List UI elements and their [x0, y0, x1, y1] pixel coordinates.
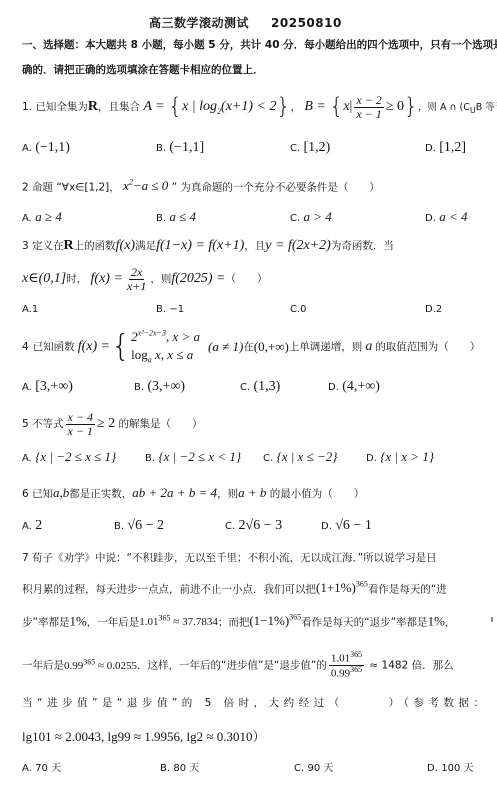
option-label: D. [328, 382, 339, 393]
q3-option-c[interactable]: C.0 [290, 303, 307, 315]
option-label: D. [321, 521, 332, 532]
math-text: (1−1%) [249, 613, 289, 628]
math-var: a [365, 339, 372, 355]
q7-option-d[interactable]: D. 100 天 [427, 759, 474, 774]
stem-text: ，且集合 [98, 101, 140, 113]
math-vars: a,b [53, 485, 69, 500]
stem-text: 满足 [135, 240, 156, 252]
question-7-line5: 当“进步值”是“退步值”的 5 倍时，大约经过（ ）（参考数据： [22, 695, 488, 710]
stem-text: 定义在 [32, 240, 64, 252]
option-label: A. [22, 763, 32, 774]
option-label: B. [156, 213, 166, 224]
option-label: C. [290, 213, 300, 224]
q4-option-c[interactable]: C. (1,3) [240, 379, 280, 395]
den-base: 0.99 [331, 668, 350, 680]
q7-option-b[interactable]: B. 80 天 [160, 759, 199, 774]
option-value: 0 [300, 304, 306, 315]
math-expr: (1+1%)365 [316, 580, 368, 595]
option-value: 2 [35, 518, 42, 533]
q4-option-d[interactable]: D. (4,+∞) [328, 379, 380, 395]
fraction-numerator: 1.01365 [329, 651, 364, 666]
answer-blank: （ ） [226, 273, 268, 285]
option-value: 100 天 [441, 763, 473, 774]
stem-text: 的取值范围为（ ） [375, 339, 480, 354]
option-value: [1,2) [304, 140, 331, 155]
stem-text: 都是正实数， [69, 488, 132, 500]
piecewise-cases: 2x²−2x−3, x > a loga x, x ≤ a [131, 328, 200, 366]
question-6-stem: 6 已知a,b都是正实数，ab + 2a + b = 4，则a + b 的最小值… [22, 485, 364, 501]
q1-option-b[interactable]: B. (−1,1] [156, 140, 204, 156]
fraction-denominator: x+1 [125, 280, 148, 293]
option-label: B. [156, 143, 166, 154]
math-approx: ≈ 0.0255 [95, 660, 137, 672]
set-b-fraction: x − 2x − 1 [354, 94, 383, 120]
option-label: B. [156, 304, 166, 315]
question-4-stem: 4 已知函数 f(x) = { 2x²−2x−3, x > a loga x, … [22, 328, 480, 366]
stem-text: ，则 [150, 273, 171, 285]
q7-option-c[interactable]: C. 90 天 [294, 759, 333, 774]
q4-option-b[interactable]: B. (3,+∞) [134, 379, 185, 395]
set-b-label: B = [304, 99, 329, 114]
option-value: {x | x ≤ −2} [277, 449, 338, 464]
num-base: 1.01 [331, 653, 350, 665]
fraction-numerator: x − 2 [354, 94, 383, 108]
fraction-numerator: x − 4 [66, 411, 95, 425]
set-a-text: x | log [182, 99, 217, 114]
brace-open: { [329, 95, 343, 120]
math-text: 1.01 [139, 616, 158, 628]
piecewise-brace: { [111, 329, 130, 364]
math-fx: f(x) = [91, 271, 123, 286]
q2-option-b[interactable]: B. a ≤ 4 [156, 209, 196, 225]
question-3-stem-line1: 3 定义在R上的函数f(x)满足f(1−x) = f(x+1)，且y = f(2… [22, 238, 394, 254]
stem-text: 荀子《劝学》中说：“不积跬步，无以至千里；不积小流，无以成江海．”所以说学习是日 [32, 552, 437, 564]
q6-option-a[interactable]: A. 2 [22, 518, 42, 534]
question-7-reference-data: lg101 ≈ 2.0043, lg99 ≈ 1.9956, lg2 ≈ 0.3… [22, 726, 266, 745]
q6-option-b[interactable]: B. √6 − 2 [114, 518, 164, 534]
option-label: C. [240, 382, 250, 393]
q5-option-d[interactable]: D. {x | x > 1} [366, 449, 434, 465]
math-f2025: f(2025) = [171, 271, 225, 286]
math-percent: 1% [69, 613, 86, 628]
option-label: C. [263, 453, 273, 464]
exponent: 365 [83, 657, 95, 666]
option-value: √6 − 2 [127, 518, 164, 533]
stem-text: ，一年后是 [87, 616, 140, 628]
option-value: a > 4 [304, 209, 332, 224]
stem-text: 的最小值为（ ） [270, 488, 365, 500]
question-number: 5 [22, 418, 29, 430]
q2-option-c[interactable]: C. a > 4 [290, 209, 332, 225]
question-number: 6 [22, 488, 29, 500]
stem-text: 看作是每天的“进 [368, 583, 447, 595]
question-number: 2 [22, 181, 29, 193]
piece-1: 2x²−2x−3, x > a [131, 328, 200, 346]
stem-text: 为奇函数．当 [331, 240, 394, 252]
stem-text: 已知 [32, 488, 53, 500]
option-value: (4,+∞) [342, 379, 380, 394]
q4-option-a[interactable]: A. [3,+∞) [22, 379, 73, 395]
edge-mark [491, 617, 493, 622]
exponent: 365 [356, 580, 368, 589]
bar: | [350, 99, 353, 114]
math-expr: 1.01365 ≈ 37.7834 [139, 616, 218, 628]
real-set-symbol: R [64, 238, 74, 253]
piece-2-cond: x, x ≤ a [152, 347, 193, 362]
fraction: x − 4x − 1 [66, 411, 95, 437]
section-instructions-line1: 一、选择题：本大题共 8 小题，每小题 5 分，共计 40 分．每小题给出的四个… [22, 37, 497, 52]
stem-text: 积月累的过程，每天进步一点点，前进不止一小点．我们可以把 [22, 583, 316, 595]
stem-text: ，则 [217, 488, 238, 500]
math-interval: x∈(0,1] [22, 271, 66, 286]
option-label: A. [22, 143, 32, 154]
stem-text: 时， [66, 273, 87, 285]
option-value: 80 天 [173, 763, 199, 774]
option-label: D. [425, 304, 436, 315]
option-value: (−1,1] [169, 140, 204, 155]
question-7-line1: 7 荀子《劝学》中说：“不积跬步，无以至千里；不积小流，无以成江海．”所以说学习… [22, 550, 437, 565]
fraction: 2xx+1 [125, 266, 148, 292]
option-label: C. [290, 143, 300, 154]
stem-text: ；而把 [218, 616, 250, 628]
option-label: C. [225, 521, 235, 532]
option-value: (−1,1) [35, 140, 70, 155]
brace-open: { [168, 95, 182, 120]
math-interval: (0,+∞) [254, 339, 289, 355]
option-value: {x | −2 ≤ x ≤ 1} [35, 449, 116, 464]
option-label: C. [290, 304, 300, 315]
option-label: A. [22, 521, 32, 532]
math-text: (1+1%) [316, 580, 356, 595]
stem-text: 步”率都是 [22, 616, 69, 628]
option-label: D. [425, 213, 436, 224]
q3-option-d[interactable]: D.2 [425, 303, 442, 315]
option-label: D. [366, 453, 377, 464]
stem-text: 上的函数 [74, 240, 116, 252]
q5-option-b[interactable]: B. {x | −2 ≤ x < 1} [145, 449, 241, 465]
option-value: 70 天 [35, 763, 61, 774]
option-value: (1,3) [254, 379, 281, 394]
math-eq2: y = f(2x+2) [265, 238, 331, 253]
inequality: ≥ 2 [97, 416, 115, 431]
stem-text: 命题 “∀x∈[1,2]， [32, 181, 120, 193]
question-number: 1. [22, 101, 32, 113]
q2-option-d[interactable]: D. a < 4 [425, 209, 468, 225]
stem-text: 不等式 [32, 418, 64, 430]
option-label: B. [134, 382, 144, 393]
option-label: D. [425, 143, 436, 154]
title-text: 高三数学滚动测试 [149, 16, 249, 30]
question-number: 4 [22, 341, 29, 353]
option-value: 2 [436, 304, 442, 315]
stem-text: 的解集是（ ） [119, 418, 203, 430]
question-7-line4: 一年后是0.99365 ≈ 0.0255．这样，一年后的“进步值”是“退步值”的… [22, 651, 454, 680]
q2-option-a[interactable]: A. a ≥ 4 [22, 209, 62, 225]
question-2-stem: 2 命题 “∀x∈[1,2]， x2−a ≤ 0 ” 为真命题的一个充分不必要条… [22, 178, 380, 194]
brace-close: } [404, 95, 418, 120]
stem-text: ．这样，一年后的“进步值”是“退步值”的 [137, 660, 327, 672]
question-number: 7 [22, 552, 29, 564]
math-fx: f(x) [116, 238, 135, 253]
question-3-stem-line2: x∈(0,1]时， f(x) =2xx+1，则f(2025) =（ ） [22, 266, 268, 292]
stem-end: ” 为真命题的一个充分不必要条件是（ ） [168, 181, 380, 193]
option-label: A. [22, 382, 32, 393]
piece-1-exponent: x²−2x−3 [138, 329, 166, 338]
num-exp: 365 [350, 650, 362, 659]
math-percent: 1% [428, 613, 445, 628]
exam-page: 高三数学滚动测试20250810 一、选择题：本大题共 8 小题，每小题 5 分… [0, 0, 497, 785]
condition: (a ≠ 1) [208, 339, 243, 355]
option-value: 1 [32, 304, 38, 315]
q6-option-c[interactable]: C. 2√6 − 3 [225, 518, 282, 534]
stem-text: 已知函数 [33, 339, 75, 354]
ratio-fraction: 1.013650.99365 [329, 651, 364, 680]
option-label: A. [22, 304, 32, 315]
brace-close: } [276, 95, 290, 120]
set-b-tail: ≥ 0 [386, 99, 404, 114]
q5-option-c[interactable]: C. {x | x ≤ −2} [263, 449, 337, 465]
math-approx: ≈ 37.7834 [171, 616, 218, 628]
option-value: [3,+∞) [35, 379, 73, 394]
math-expression: a + b [238, 485, 266, 500]
piece-2-log: log [131, 347, 148, 362]
set-a-label: A = [143, 99, 168, 114]
math-eq1: f(1−x) = f(x+1) [156, 238, 244, 253]
fraction-denominator: x − 1 [66, 425, 95, 438]
exam-title: 高三数学滚动测试20250810 [149, 14, 342, 31]
q1-option-a[interactable]: A. (−1,1) [22, 140, 70, 156]
stem-end: ，则 A ∩ (CUB 等于（ ） [418, 102, 497, 113]
stem-text: 已知全集为 [35, 101, 88, 113]
piece-2: loga x, x ≤ a [131, 346, 200, 366]
q7-option-a[interactable]: A. 70 天 [22, 759, 61, 774]
question-7-line3: 步”率都是1%，一年后是1.01365 ≈ 37.7834；而把(1−1%)36… [22, 613, 455, 629]
exponent: 365 [289, 613, 301, 622]
stem-text: 上单调递增，则 [289, 339, 363, 354]
fraction-denominator: 0.99365 [329, 666, 364, 680]
option-label: B. [160, 763, 170, 774]
option-label: B. [114, 521, 124, 532]
q6-option-d[interactable]: D. √6 − 1 [321, 518, 372, 534]
option-value: {x | x > 1} [380, 449, 434, 464]
stem-text: 看作是每天的“退步”率都是 [301, 616, 427, 628]
option-value: a < 4 [439, 209, 467, 224]
piece-1-cond: , x > a [166, 329, 200, 344]
stem-text: 一年后是 [22, 660, 64, 672]
q1-option-c[interactable]: C. [1,2) [290, 140, 330, 156]
q5-option-a[interactable]: A. {x | −2 ≤ x ≤ 1} [22, 449, 116, 465]
option-value: −1 [169, 304, 184, 315]
option-value: {x | −2 ≤ x < 1} [158, 449, 241, 464]
den-exp: 365 [350, 665, 362, 674]
option-value: [1,2] [439, 140, 466, 155]
option-value: √6 − 1 [335, 518, 372, 533]
stem-math: x2−a ≤ 0 [123, 178, 168, 193]
math-fx: f(x) = [78, 339, 110, 355]
stem-text: ≈ 1482 倍．那么 [366, 660, 454, 672]
set-a-body: x | log2(x+1) < 2 [182, 99, 276, 114]
math-tail: −a ≤ 0 [133, 178, 168, 193]
math-equation: ab + 2a + b = 4 [132, 485, 217, 500]
set-a-tail: (x+1) < 2 [221, 99, 276, 114]
exam-date: 20250810 [271, 16, 342, 30]
option-label: D. [427, 763, 438, 774]
section-instructions-line2: 确的．请把正确的选项填涂在答题卡相应的位置上． [22, 62, 264, 77]
option-value: 90 天 [308, 763, 334, 774]
exponent: 365 [159, 614, 171, 623]
question-1-stem: 1. 已知全集为R，且集合 A = {x | log2(x+1) < 2}， B… [22, 94, 497, 120]
separator: ， [290, 101, 301, 113]
stem-text: 在 [243, 339, 254, 354]
option-label: A. [22, 213, 32, 224]
math-expr: 0.99365 ≈ 0.0255 [64, 660, 137, 672]
option-value: a ≥ 4 [35, 209, 62, 224]
question-7-line2: 积月累的过程，每天进步一点点，前进不止一小点．我们可以把(1+1%)365看作是… [22, 580, 447, 596]
q3-option-b[interactable]: B. −1 [156, 303, 184, 315]
stem-text: ， [445, 616, 456, 628]
real-set-symbol: R [88, 99, 98, 114]
option-label: A. [22, 453, 32, 464]
q3-option-a[interactable]: A.1 [22, 303, 38, 315]
fraction-numerator: 2x [129, 266, 144, 280]
question-5-stem: 5 不等式x − 4x − 1≥ 2 的解集是（ ） [22, 411, 203, 437]
stem-text: ，且 [244, 240, 265, 252]
question-number: 3 [22, 240, 29, 252]
option-value: 2√6 − 3 [239, 518, 283, 533]
stem-end-text-2: B 等于（ ） [476, 102, 497, 113]
option-label: B. [145, 453, 155, 464]
stem-end-text: ，则 A ∩ (C [418, 102, 470, 113]
fraction-denominator: x − 1 [354, 108, 383, 121]
q1-option-d[interactable]: D. [1,2] [425, 140, 466, 156]
option-value: a ≤ 4 [169, 209, 196, 224]
option-label: C. [294, 763, 304, 774]
option-value: (3,+∞) [147, 379, 185, 394]
math-expr: (1−1%)365 [249, 613, 301, 628]
math-text: 0.99 [64, 660, 83, 672]
